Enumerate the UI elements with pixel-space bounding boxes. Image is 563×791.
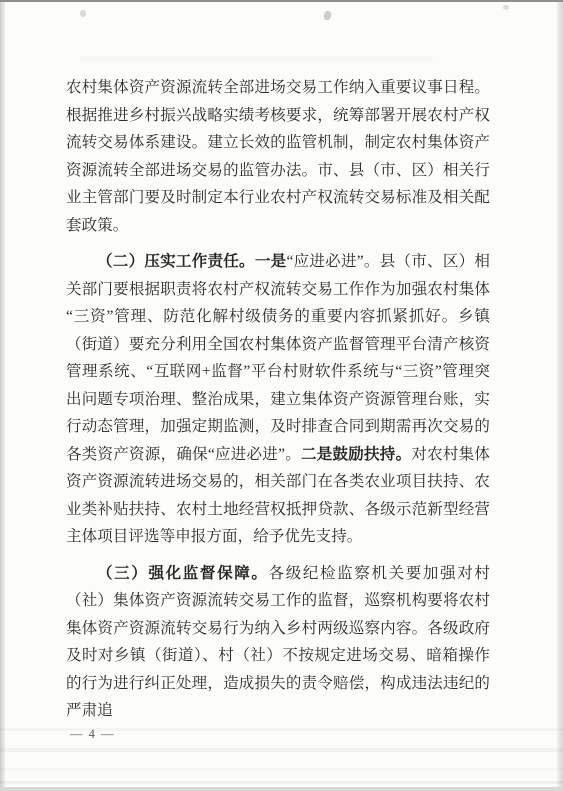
body-paragraph-item-2: （二）压实工作责任。一是“应进必进”。县（市、区）相关部门要根据职责将农村产权流… [66, 248, 490, 551]
scan-band [0, 748, 563, 752]
text-run: 农村集体资产资源流转全部进场交易工作纳入重要议事日程。根据推进乡村振兴战略实绩考… [66, 79, 490, 234]
section-heading-run: （二）压实工作责任。 [97, 253, 255, 270]
text-run: “应进必进”。县（市、区）相关部门要根据职责将农村产权流转交易工作作为加强农村集… [66, 253, 490, 463]
scan-smudge [80, 10, 86, 17]
section-heading-run: （三）强化监督保障。 [97, 565, 269, 582]
scan-band [0, 768, 563, 771]
scan-smudge [503, 5, 509, 10]
scan-smudge [323, 10, 332, 21]
body-paragraph-item-3: （三）强化监督保障。各级纪检监察机关要加强对村（社）集体资产资源流转交易工作的监… [66, 560, 490, 725]
page-edge-bottom [0, 787, 563, 791]
emphasis-run: 一是 [255, 253, 287, 270]
page-number: — 4 — [70, 727, 115, 742]
scan-ghosting-band [80, 56, 433, 62]
body-paragraph-continuation: 农村集体资产资源流转全部进场交易工作纳入重要议事日程。根据推进乡村振兴战略实绩考… [66, 74, 490, 239]
page-edge-left [0, 2, 5, 791]
document-body: 农村集体资产资源流转全部进场交易工作纳入重要议事日程。根据推进乡村振兴战略实绩考… [66, 74, 490, 725]
page-edge-right [557, 2, 563, 791]
text-run: 各级纪检监察机关要加强对村（社）集体资产资源流转交易工作的监督，巡察机构要将农村… [66, 565, 490, 720]
scan-band [0, 781, 563, 784]
emphasis-run: 二是鼓励扶持。 [301, 446, 411, 463]
page-edge-top [0, 0, 563, 2]
scanned-document-page: 农村集体资产资源流转全部进场交易工作纳入重要议事日程。根据推进乡村振兴战略实绩考… [0, 0, 563, 791]
